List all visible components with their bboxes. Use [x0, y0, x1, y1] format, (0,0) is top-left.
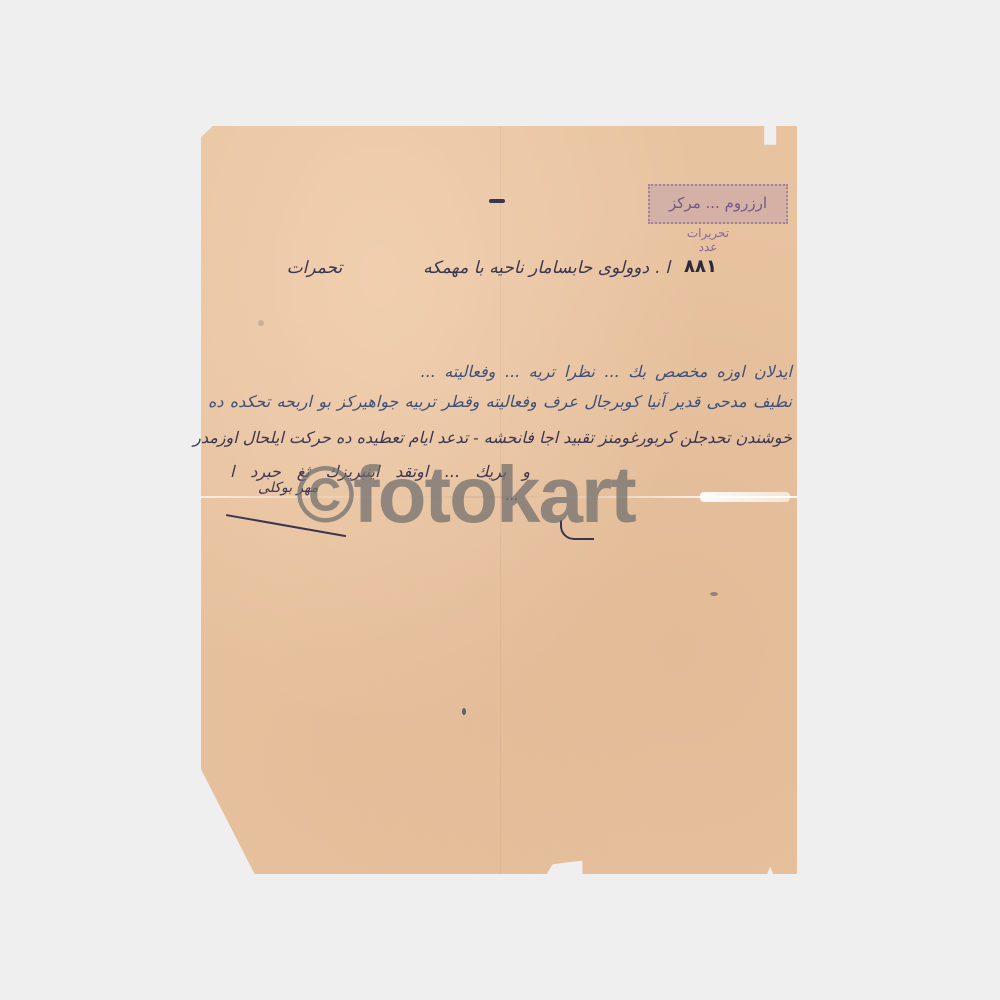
- ink-spot: [462, 708, 466, 715]
- body-line-1: ايدلان اوزه مخصص بك ... نظرا تريه ... وف…: [420, 362, 792, 381]
- fold-tear: [700, 492, 790, 502]
- heading-right-note: تحمرات: [287, 258, 343, 278]
- body-line-2: نطيف مدحى قدير آنيا كوبرجال عرف وفعاليته…: [208, 392, 792, 411]
- heading-addressee: ا . دوولوى حابسامار ناحيه با مهمكه تحمرا…: [290, 258, 670, 278]
- document-number: ٨٨١: [684, 256, 717, 277]
- official-stamp: ارزروم ... مركز: [648, 184, 788, 224]
- top-mark: [489, 199, 505, 203]
- watermark: ©fotokart: [296, 455, 635, 535]
- heading-addressee-text: ا . دوولوى حابسامار ناحيه با مهمكه: [423, 258, 670, 278]
- ink-spot: [710, 592, 718, 596]
- stamp-subtext-line-1: تحريرات: [678, 226, 738, 240]
- body-line-3: خوشندن تحدجلن كربورغومنز تقبيد اجا فانحش…: [208, 428, 792, 447]
- stamp-subtext: تحريرات عدد: [678, 226, 738, 254]
- stamp-subtext-line-2: عدد: [678, 240, 738, 254]
- stain: [258, 320, 264, 326]
